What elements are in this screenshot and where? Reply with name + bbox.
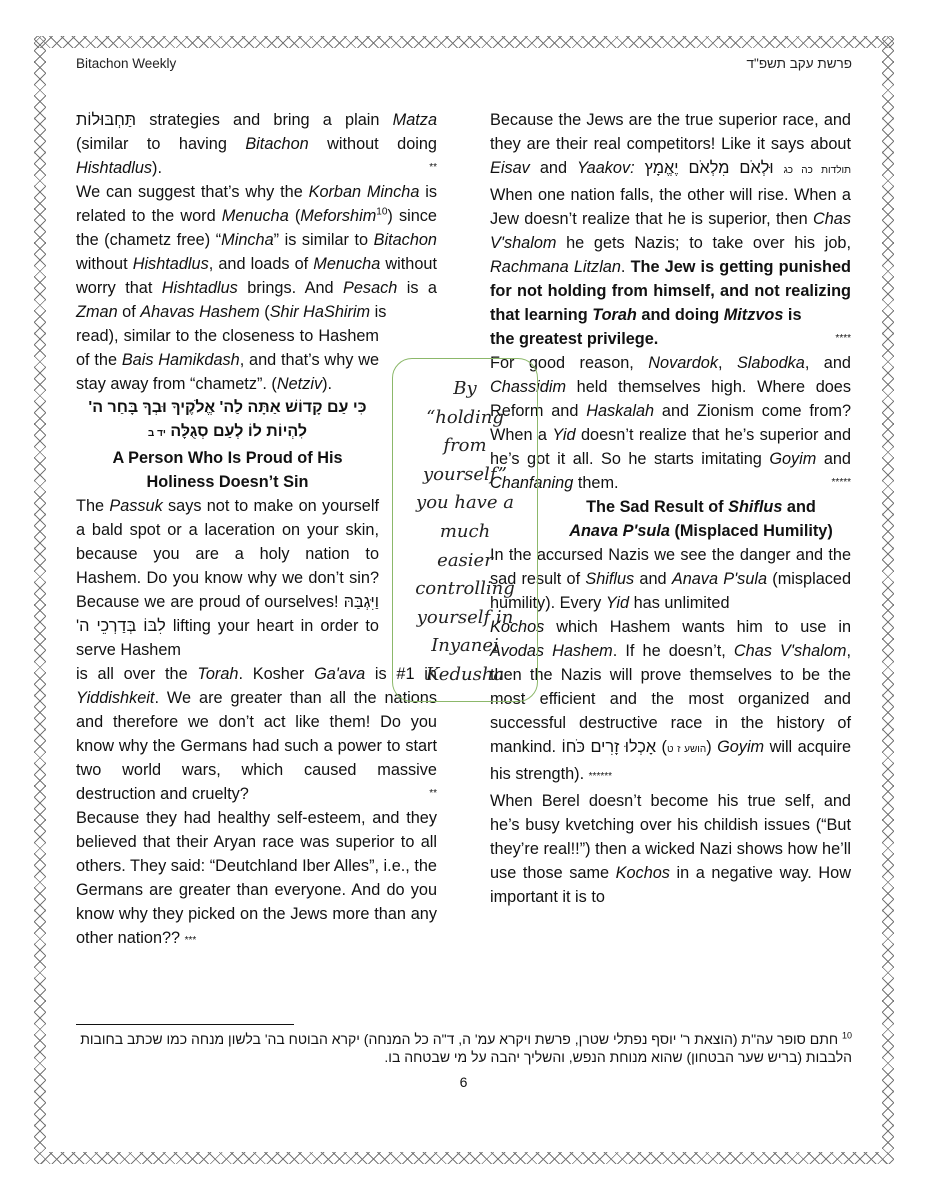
page-number: 6 <box>0 1074 927 1090</box>
paragraph: is all over the Torah. Kosher Ga'ava is … <box>76 662 437 806</box>
paragraph: In the accursed Nazis we see the danger … <box>490 543 851 615</box>
paragraph: Because they had healthy self-esteem, an… <box>76 806 437 953</box>
section-stars: ***** <box>832 471 851 495</box>
footnote-separator <box>76 1024 294 1025</box>
hebrew-verse: כִּי עַם קָדוֹשׁ אַתָּה לַה' אֱלֹקֶיךָ ו… <box>76 396 379 446</box>
paragraph: תַּחְבּוּלוֹת strategies and bring a pla… <box>76 108 437 180</box>
callout-box: By “holding from yourself” you have a mu… <box>392 358 538 702</box>
paragraph: When Berel doesn’t become his true self,… <box>490 789 851 909</box>
section-stars: **** <box>835 327 851 351</box>
section-heading: A Person Who Is Proud of His Holiness Do… <box>76 446 379 494</box>
section-stars: ****** <box>589 771 612 782</box>
parsha-title: פרשת עקב תשפ"ד <box>747 56 852 71</box>
section-heading: The Sad Result of Shiflus and Anava P'su… <box>551 495 851 543</box>
paragraph: The Passuk says not to make on yourself … <box>76 494 379 662</box>
paragraph: read), similar to the closeness to Hashe… <box>76 324 379 396</box>
section-stars: *** <box>185 935 197 946</box>
paragraph: Because the Jews are the true superior r… <box>490 108 851 327</box>
footnote-ref[interactable]: 10 <box>376 207 387 218</box>
page-header: Bitachon Weekly פרשת עקב תשפ"ד <box>76 56 852 76</box>
footnote-number: 10 <box>842 1030 852 1040</box>
paragraph: We can suggest that’s why the Korban Min… <box>76 180 437 324</box>
right-column: Because the Jews are the true superior r… <box>490 108 851 909</box>
section-stars: ** <box>429 782 437 806</box>
decorative-border-right <box>882 36 894 1164</box>
section-stars: ** <box>429 156 437 180</box>
callout-text: By “holding from yourself” you have a mu… <box>393 375 537 690</box>
decorative-border-bottom <box>34 1152 894 1164</box>
publication-title: Bitachon Weekly <box>76 56 176 71</box>
paragraph: Kochos which Hashem wants him to use in … <box>490 615 851 789</box>
paragraph: For good reason, Novardok, Slabodka, and… <box>490 351 851 495</box>
footnote: 10 חתם סופר עה"ת (הוצאת ר' יוסף נפתלי שט… <box>76 1030 852 1066</box>
decorative-border-left <box>34 36 46 1164</box>
left-column: תַּחְבּוּלוֹת strategies and bring a pla… <box>76 108 437 953</box>
decorative-border-top <box>34 36 894 48</box>
paragraph: the greatest privilege.**** <box>490 327 851 351</box>
